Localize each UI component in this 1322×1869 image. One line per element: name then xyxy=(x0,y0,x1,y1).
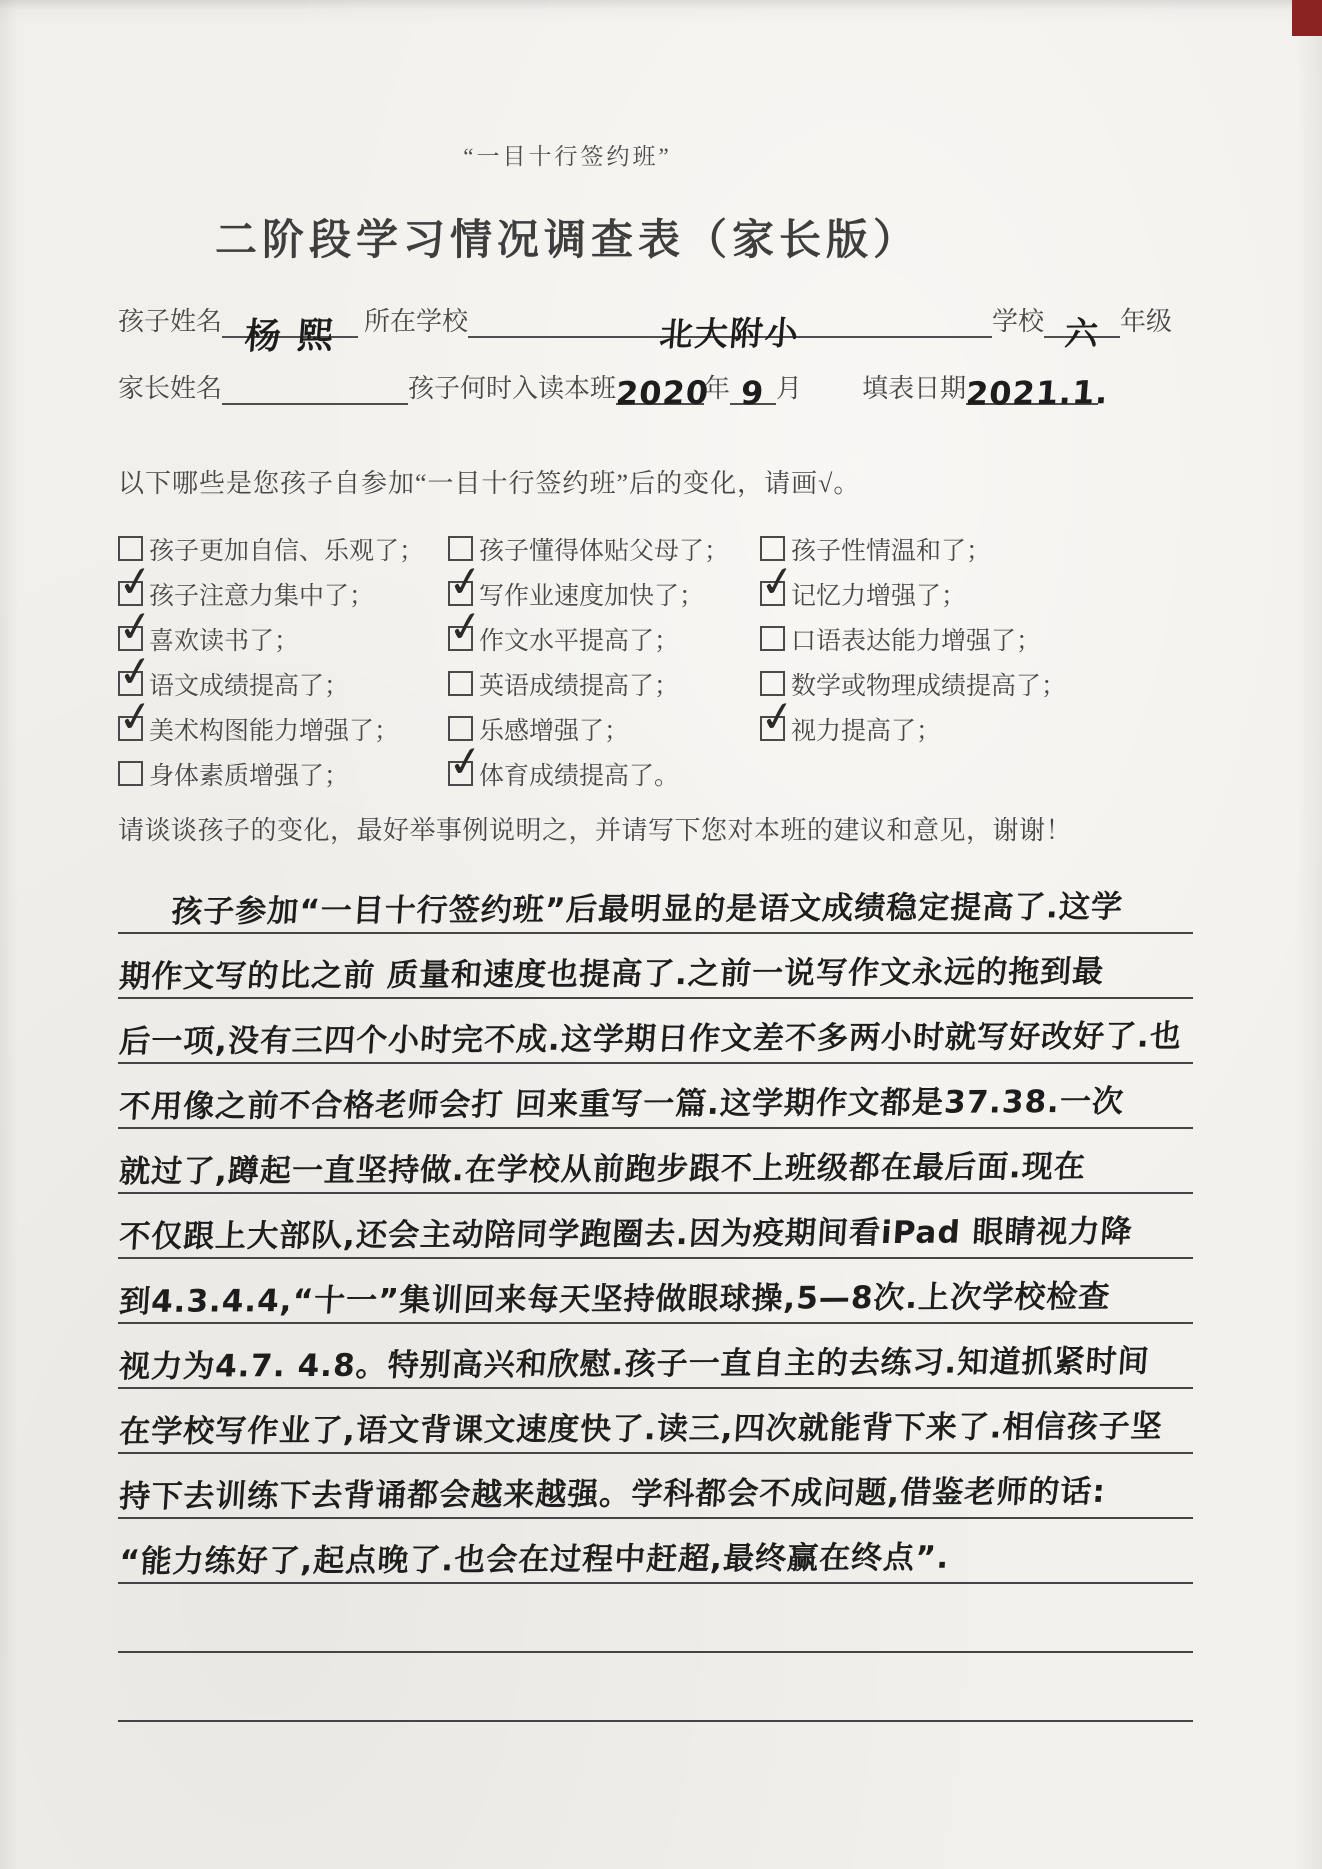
grade-suffix-label: 年级 xyxy=(1120,301,1172,338)
essay-line-text: “能力练好了,起点晚了.也会在过程中赶超,最终赢在终点”. xyxy=(118,1532,951,1581)
comment-prompt: 请谈谈孩子的变化，最好举事例说明之，并请写下您对本班的建议和意见，谢谢！ xyxy=(118,810,1193,847)
checkbox-item: ✓ 记忆力增强了； xyxy=(760,571,1193,616)
checkmark-icon: ✓ xyxy=(115,694,156,740)
checkbox-label: 作文水平提高了； xyxy=(479,621,679,657)
grade-field[interactable]: 六 xyxy=(1044,302,1120,338)
checkbox[interactable] xyxy=(760,626,785,651)
checkbox-item: ✓ 语文成绩提高了； xyxy=(118,661,448,706)
checkbox-item: ✓ 体育成绩提高了。 xyxy=(448,751,760,796)
checkbox[interactable] xyxy=(118,761,143,786)
checkbox-label: 记忆力增强了； xyxy=(791,576,966,612)
form-row-child: 孩子姓名 杨 熙 所在学校 北大附小 学校 六 年级 xyxy=(118,301,1193,338)
checkbox-label: 英语成绩提高了； xyxy=(479,666,679,702)
essay-line: 持下去训练下去背诵都会越来越强。学科都会不成问题,借鉴老师的话: xyxy=(118,1454,1193,1519)
checkbox-label: 孩子注意力集中了； xyxy=(149,576,374,612)
essay-line: 期作文写的比之前 质量和速度也提高了.之前一说写作文永远的拖到最 xyxy=(118,934,1193,999)
checkbox-item: 英语成绩提高了； xyxy=(448,661,760,706)
checkbox-item: ✓ 作文水平提高了； xyxy=(448,616,760,661)
checkbox[interactable]: ✓ xyxy=(760,716,785,741)
checkbox[interactable]: ✓ xyxy=(448,761,473,786)
enroll-year-value: 2020 xyxy=(615,374,711,413)
survey-instruction: 以下哪些是您孩子自参加“一目十行签约班”后的变化，请画√。 xyxy=(118,463,1193,500)
checkbox-item: 孩子懂得体贴父母了； xyxy=(448,526,760,571)
essay-area: 孩子参加“一目十行签约班”后最明显的是语文成绩稳定提高了.这学 期作文写的比之前… xyxy=(118,869,1193,1722)
fill-date-value: 2021.1. xyxy=(965,373,1111,412)
school-field[interactable]: 北大附小 xyxy=(468,302,992,338)
essay-line-text: 就过了,蹲起一直坚持做.在学校从前跑步跟不上班级都在最后面.现在 xyxy=(118,1141,1088,1191)
checkbox-item: 孩子性情温和了； xyxy=(760,526,1193,571)
checkbox-label: 体育成绩提高了。 xyxy=(479,756,679,792)
checkbox-item: ✓ 视力提高了； xyxy=(760,706,1193,751)
checkbox-item: ✓ 美术构图能力增强了； xyxy=(118,706,448,751)
fill-date-field[interactable]: 2021.1. xyxy=(966,369,1098,405)
checkbox-item: 孩子更加自信、乐观了； xyxy=(118,526,448,571)
enroll-label: 孩子何时入读本班 xyxy=(408,368,616,405)
parent-name-field[interactable] xyxy=(222,369,408,405)
child-name-label: 孩子姓名 xyxy=(118,301,222,338)
essay-line: 视力为4.7. 4.8。特别高兴和欣慰.孩子一直自主的去练习.知道抓紧时间 xyxy=(118,1324,1193,1389)
essay-line-text: 到4.3.4.4,“十一”集训回来每天坚持做眼球操,5—8次.上次学校检查 xyxy=(118,1271,1112,1321)
essay-line xyxy=(118,1584,1193,1653)
scanned-form: “一目十行签约班” 二阶段学习情况调查表（家长版） 孩子姓名 杨 熙 所在学校 … xyxy=(118,0,1193,1722)
child-name-field[interactable]: 杨 熙 xyxy=(222,302,358,338)
checkmark-icon: ✓ xyxy=(115,649,156,695)
checkmark-icon: ✓ xyxy=(445,739,486,785)
essay-line: 孩子参加“一目十行签约班”后最明显的是语文成绩稳定提高了.这学 xyxy=(118,869,1193,934)
essay-line: 后一项,没有三四个小时完不成.这学期日作文差不多两小时就写好改好了.也 xyxy=(118,999,1193,1064)
essay-line-text: 期作文写的比之前 质量和速度也提高了.之前一说写作文永远的拖到最 xyxy=(118,946,1106,996)
school-value: 北大附小 xyxy=(658,307,802,355)
checkbox-label: 语文成绩提高了； xyxy=(149,666,349,702)
checkmark-icon: ✓ xyxy=(757,694,798,740)
program-name: “一目十行签约班” xyxy=(30,138,1105,171)
checkbox-label: 口语表达能力增强了； xyxy=(791,621,1041,657)
checkbox-item: ✓ 写作业速度加快了； xyxy=(448,571,760,616)
head-block: “一目十行签约班” 二阶段学习情况调查表（家长版） xyxy=(30,138,1105,267)
checkbox-label: 写作业速度加快了； xyxy=(479,576,704,612)
essay-line: “能力练好了,起点晚了.也会在过程中赶超,最终赢在终点”. xyxy=(118,1519,1193,1584)
essay-line-text: 不仅跟上大部队,还会主动陪同学跑圈去.因为疫期间看iPad 眼睛视力降 xyxy=(118,1206,1134,1256)
fill-date-label: 填表日期 xyxy=(862,368,966,405)
checkbox[interactable] xyxy=(448,671,473,696)
checkbox-item: ✓ 孩子注意力集中了； xyxy=(118,571,448,616)
checkbox[interactable]: ✓ xyxy=(448,626,473,651)
checkbox-label: 美术构图能力增强了； xyxy=(149,711,399,747)
checkbox-label: 身体素质增强了； xyxy=(149,756,349,792)
checkbox-label: 孩子更加自信、乐观了； xyxy=(149,531,424,567)
checkmark-icon: ✓ xyxy=(115,604,156,650)
essay-line-text: 不用像之前不合格老师会打 回来重写一篇.这学期作文都是37.38.一次 xyxy=(118,1076,1126,1126)
checkbox-item: 身体素质增强了； xyxy=(118,751,448,796)
essay-line: 不仅跟上大部队,还会主动陪同学跑圈去.因为疫期间看iPad 眼睛视力降 xyxy=(118,1194,1193,1259)
grade-value: 六 xyxy=(1063,308,1102,355)
checkbox-label: 视力提高了； xyxy=(791,711,941,747)
essay-line-text: 视力为4.7. 4.8。特别高兴和欣慰.孩子一直自主的去练习.知道抓紧时间 xyxy=(118,1336,1151,1386)
essay-line: 就过了,蹲起一直坚持做.在学校从前跑步跟不上班级都在最后面.现在 xyxy=(118,1129,1193,1194)
checkbox-label: 孩子性情温和了； xyxy=(791,531,991,567)
red-corner-mark xyxy=(1292,0,1322,36)
checkbox-label: 数学或物理成绩提高了； xyxy=(791,666,1066,702)
enroll-year-field[interactable]: 2020 xyxy=(616,369,704,405)
checkbox[interactable]: ✓ xyxy=(760,581,785,606)
month-unit-label: 月 xyxy=(776,368,802,405)
checkbox-label: 喜欢读书了； xyxy=(149,621,299,657)
checkbox-item: ✓ 喜欢读书了； xyxy=(118,616,448,661)
child-name-value: 杨 熙 xyxy=(243,308,338,360)
essay-line xyxy=(118,1653,1193,1722)
checkmark-icon: ✓ xyxy=(115,559,156,605)
essay-line-text: 孩子参加“一目十行签约班”后最明显的是语文成绩稳定提高了.这学 xyxy=(170,881,1125,931)
checkbox-label: 乐感增强了； xyxy=(479,711,629,747)
essay-line: 在学校写作业了,语文背课文速度快了.读三,四次就能背下来了.相信孩子坚 xyxy=(118,1389,1193,1454)
school-label: 所在学校 xyxy=(364,301,468,338)
checkmark-icon: ✓ xyxy=(445,559,486,605)
checkbox[interactable]: ✓ xyxy=(118,716,143,741)
checkmark-icon: ✓ xyxy=(757,559,798,605)
checkbox-item: 乐感增强了； xyxy=(448,706,760,751)
checkbox-item: 数学或物理成绩提高了； xyxy=(760,661,1193,706)
checkbox-label: 孩子懂得体贴父母了； xyxy=(479,531,729,567)
page-title: 二阶段学习情况调查表（家长版） xyxy=(30,207,1105,267)
checkmark-icon: ✓ xyxy=(445,604,486,650)
form-row-parent: 家长姓名 孩子何时入读本班 2020 年 9 月 填表日期 2021.1. xyxy=(118,368,1193,405)
parent-name-label: 家长姓名 xyxy=(118,368,222,405)
enroll-month-field[interactable]: 9 xyxy=(730,369,776,405)
checkbox-item: 口语表达能力增强了； xyxy=(760,616,1193,661)
essay-line-text: 后一项,没有三四个小时完不成.这学期日作文差不多两小时就写好改好了.也 xyxy=(118,1010,1184,1061)
checkbox-grid: 孩子更加自信、乐观了； 孩子懂得体贴父母了； 孩子性情温和了； ✓ 孩子注意力集… xyxy=(118,526,1193,796)
essay-line: 到4.3.4.4,“十一”集训回来每天坚持做眼球操,5—8次.上次学校检查 xyxy=(118,1259,1193,1324)
essay-line: 不用像之前不合格老师会打 回来重写一篇.这学期作文都是37.38.一次 xyxy=(118,1064,1193,1129)
enroll-month-value: 9 xyxy=(740,374,766,412)
grade-prefix-label: 学校 xyxy=(992,301,1044,338)
essay-line-text: 在学校写作业了,语文背课文速度快了.读三,四次就能背下来了.相信孩子坚 xyxy=(118,1401,1164,1451)
essay-line-text: 持下去训练下去背诵都会越来越强。学科都会不成问题,借鉴老师的话: xyxy=(118,1466,1107,1516)
